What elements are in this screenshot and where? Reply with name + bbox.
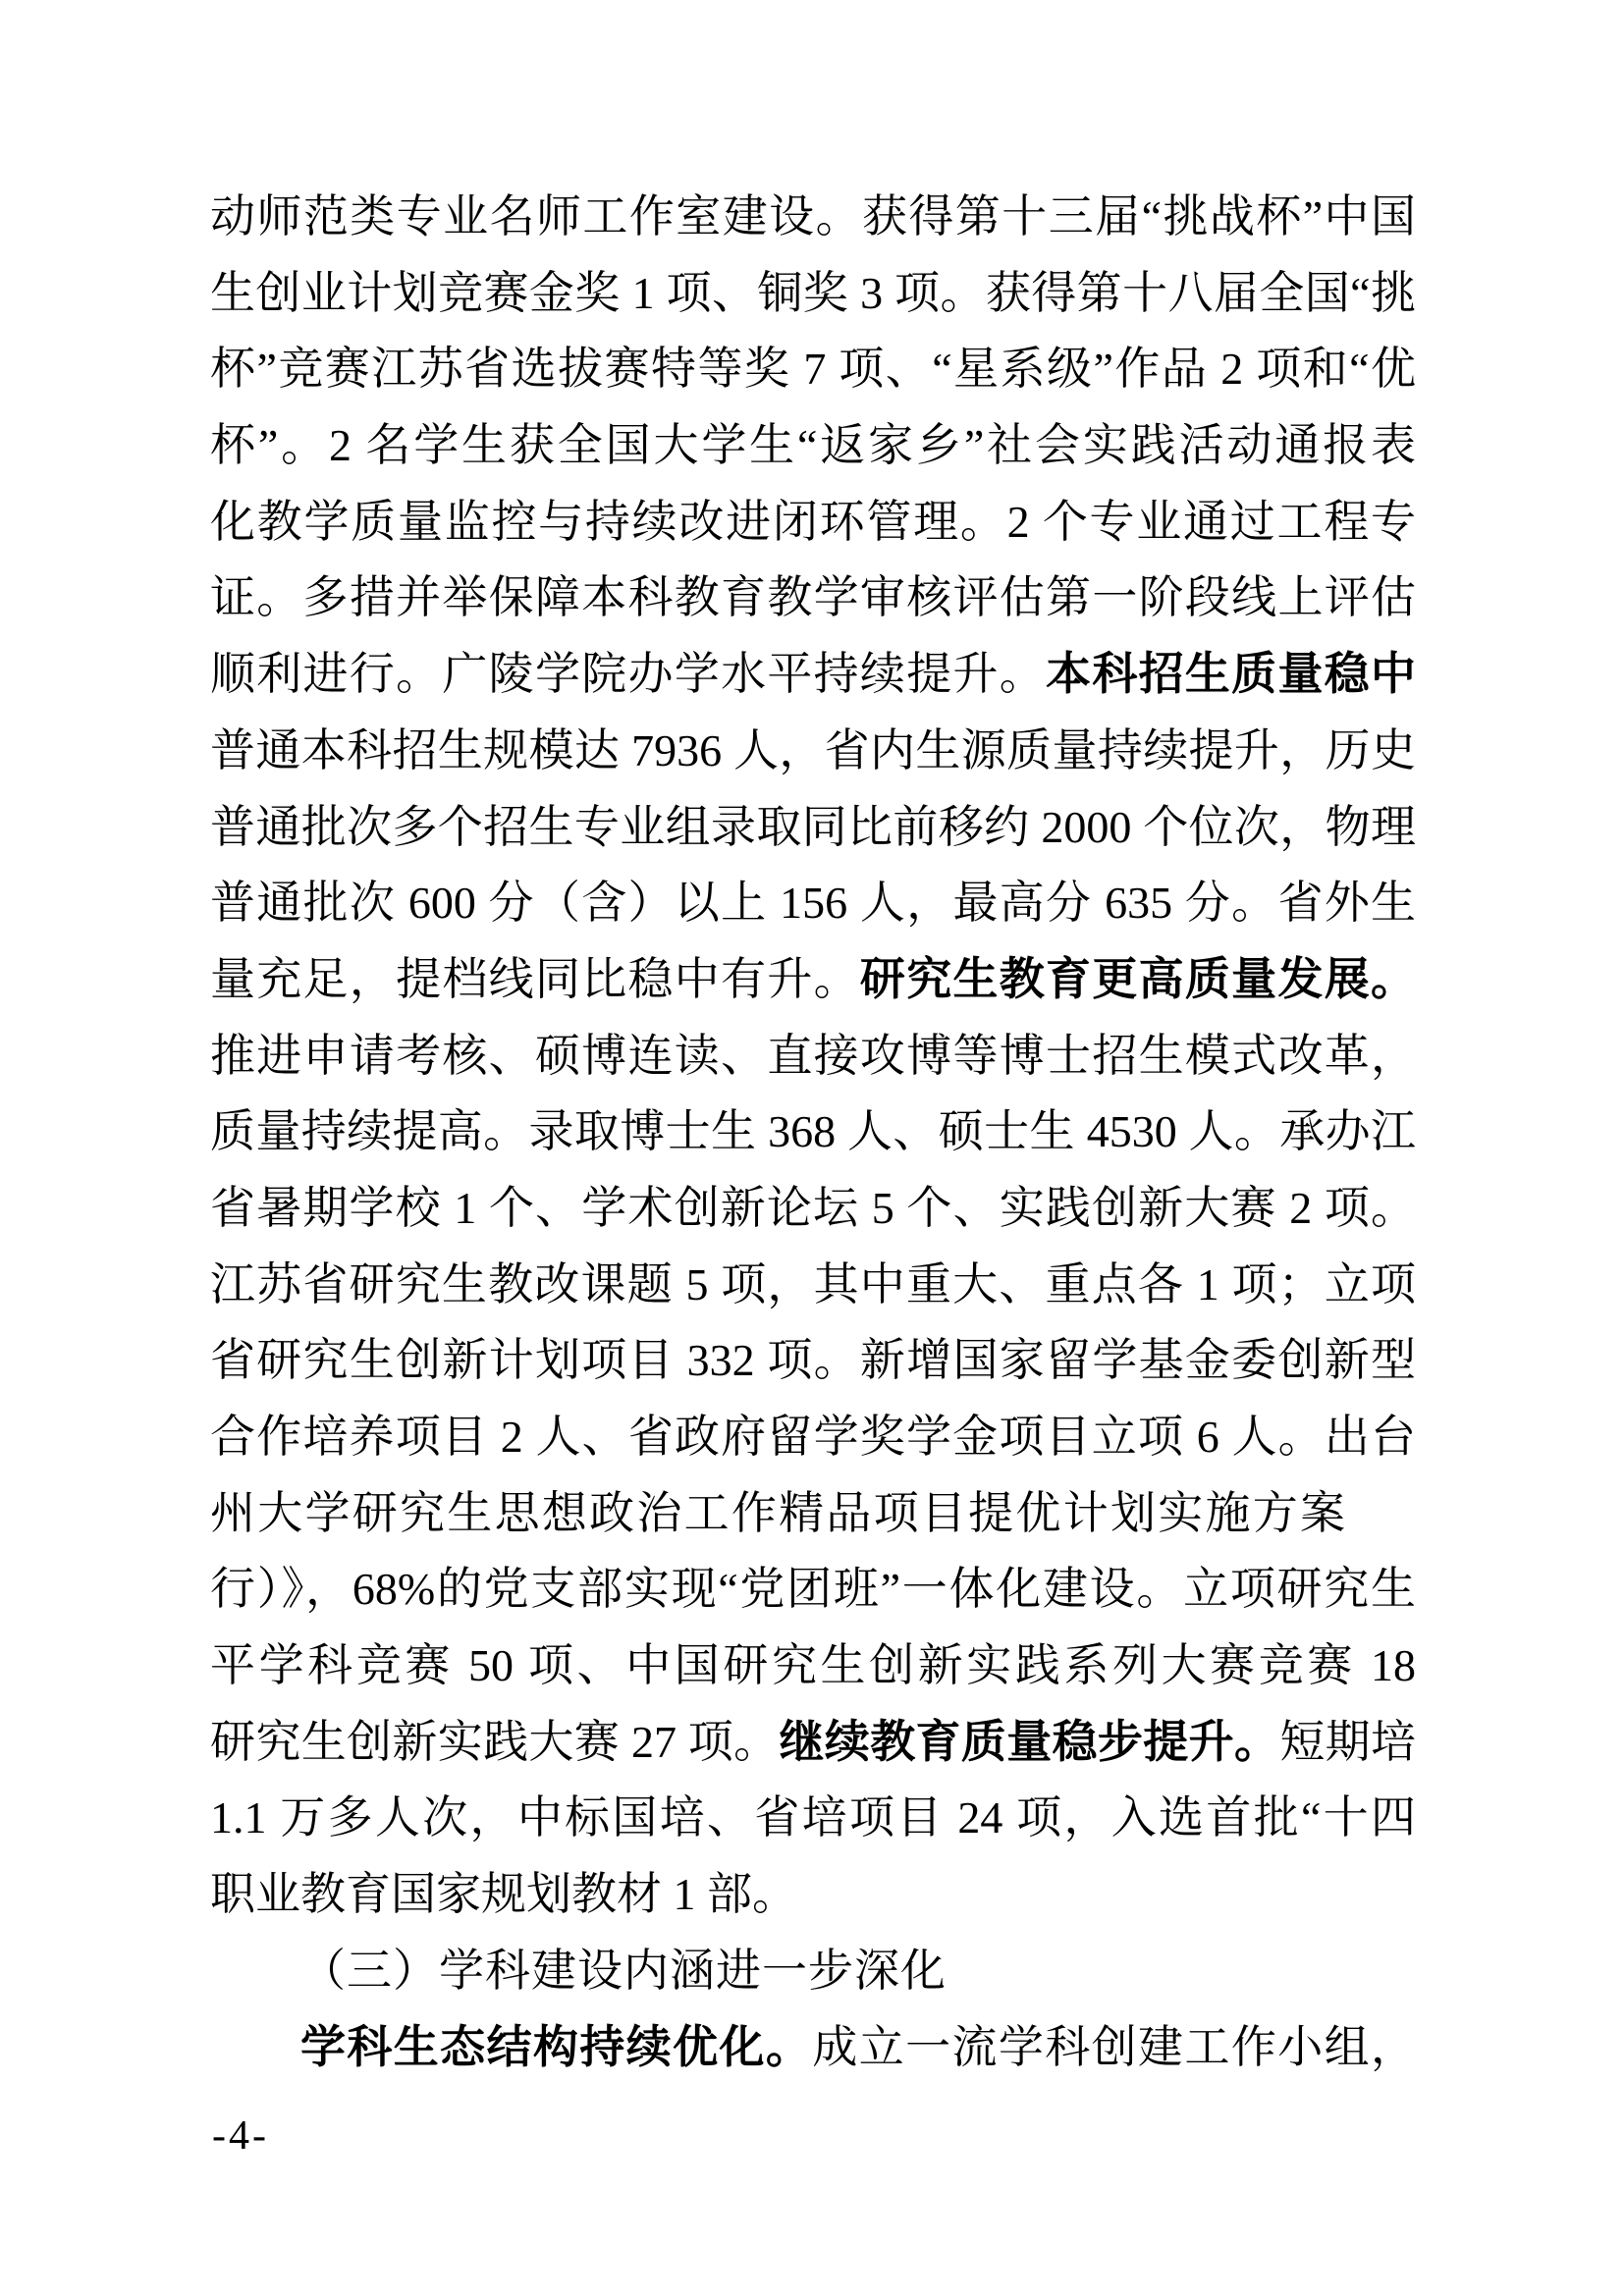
emphasized-text-run: 学科生态结构持续优化。 [300,2022,812,2072]
text-line: 杯”。2 名学生获全国大学生“返家乡”社会实践活动通报表扬。强 [210,407,1416,484]
text-line: 顺利进行。广陵学院办学水平持续提升。本科招生质量稳中有升。 [210,636,1416,713]
text-line: 研究生创新实践大赛 27 项。继续教育质量稳步提升。短期培训 [210,1704,1416,1781]
text-run: 杯”。2 名学生获全国大学生“返家乡”社会实践活动通报表扬。强 [210,420,1416,484]
text-line: 杯”竞赛江苏省选拔赛特等奖 7 项、“星系级”作品 2 项和“优胜 [210,331,1416,407]
text-line: 州大学研究生思想政治工作精品项目提优计划实施方案（试 [210,1475,1416,1552]
text-line: 合作培养项目 2 人、省政府留学奖学金项目立项 6 人。出台《扬 [210,1399,1416,1475]
text-line: 普通批次多个招生专业组录取同比前移约 2000 个位次，物理类 [210,789,1416,866]
text-line: 职业教育国家规划教材 1 部。 [210,1856,1416,1933]
text-run: 江苏省研究生教改课题 5 项，其中重大、重点各 1 项；立项江苏 [210,1259,1416,1323]
text-line: 省研究生创新计划项目 332 项。新增国家留学基金委创新型人才 [210,1322,1416,1399]
text-line: 行）》，68%的党支部实现“党团班”一体化建设。立项研究生高水 [210,1551,1416,1628]
text-run: 普通批次 600 分（含）以上 156 人，最高分 635 分。省外生源数 [210,878,1416,941]
document-page: 动师范类专业名师工作室建设。获得第十三届“挑战杯”中国大学生创业计划竞赛金奖 1… [0,0,1624,2296]
text-run: 质量持续提高。录取博士生 368 人、硕士生 4530 人。承办江苏 [210,1106,1416,1170]
text-run: 平学科竞赛 50 项、中国研究生创新实践系列大赛竞赛 18 项、省 [210,1640,1416,1704]
text-run: 普通批次多个招生专业组录取同比前移约 2000 个位次，物理类 [210,802,1416,866]
page-number: -4- [212,2112,269,2160]
section-heading-text: （三）学科建设内涵进一步深化 [300,1946,947,1996]
text-line: （三）学科建设内涵进一步深化 [210,1933,1416,2009]
text-line: 普通批次 600 分（含）以上 156 人，最高分 635 分。省外生源数 [210,865,1416,941]
text-line: 推进申请考核、硕博连读、直接攻博等博士招生模式改革，生源 [210,1018,1416,1095]
text-line: 质量持续提高。录取博士生 368 人、硕士生 4530 人。承办江苏 [210,1094,1416,1170]
text-line: 普通本科招生规模达 7936 人，省内生源质量持续提升，历史类 [210,713,1416,789]
text-run: 省暑期学校 1 个、学术创新论坛 5 个、实践创新大赛 2 项。立项 [210,1183,1416,1247]
text-line: 江苏省研究生教改课题 5 项，其中重大、重点各 1 项；立项江苏 [210,1247,1416,1323]
text-run: 州大学研究生思想政治工作精品项目提优计划实施方案（试 [210,1488,1345,1552]
text-run: 生创业计划竞赛金奖 1 项、铜奖 3 项。获得第十八届全国“挑战 [210,268,1416,332]
text-line: 学科生态结构持续优化。成立一流学科创建工作小组，启动 [210,2009,1416,2086]
emphasized-text-run: 继续教育质量稳步提升。 [780,1717,1280,1767]
text-run: 行）》，68%的党支部实现“党团班”一体化建设。立项研究生高水 [210,1564,1416,1628]
text-run: 杯”竞赛江苏省选拔赛特等奖 7 项、“星系级”作品 2 项和“优胜 [210,344,1416,407]
text-run: 量充足，提档线同比稳中有升。 [210,954,860,1004]
text-line: 1.1 万多人次，中标国培、省培项目 24 项，入选首批“十四五” [210,1780,1416,1856]
text-line: 量充足，提档线同比稳中有升。研究生教育更高质量发展。全面 [210,941,1416,1018]
text-run: 顺利进行。广陵学院办学水平持续提升。 [210,649,1046,699]
text-run: 合作培养项目 2 人、省政府留学奖学金项目立项 6 人。出台《扬 [210,1412,1416,1475]
text-run: 化教学质量监控与持续改进闭环管理。2 个专业通过工程专业认 [210,497,1416,561]
page-body: 动师范类专业名师工作室建设。获得第十三届“挑战杯”中国大学生创业计划竞赛金奖 1… [210,179,1416,2085]
text-run: 普通本科招生规模达 7936 人，省内生源质量持续提升，历史类 [210,725,1416,789]
text-line: 证。多措并举保障本科教育教学审核评估第一阶段线上评估工作 [210,560,1416,636]
text-run: 证。多措并举保障本科教育教学审核评估第一阶段线上评估工作 [210,572,1416,636]
text-run: 职业教育国家规划教材 1 部。 [210,1869,797,1919]
text-run: 研究生创新实践大赛 27 项。 [210,1717,780,1767]
text-run: 1.1 万多人次，中标国培、省培项目 24 项，入选首批“十四五” [210,1792,1416,1856]
text-line: 动师范类专业名师工作室建设。获得第十三届“挑战杯”中国大学 [210,179,1416,255]
emphasized-text-run: 研究生教育更高质量发展。 [860,954,1416,1004]
text-run: 动师范类专业名师工作室建设。获得第十三届“挑战杯”中国大学 [210,191,1416,255]
text-line: 平学科竞赛 50 项、中国研究生创新实践系列大赛竞赛 18 项、省 [210,1628,1416,1704]
text-line: 化教学质量监控与持续改进闭环管理。2 个专业通过工程专业认 [210,484,1416,561]
text-line: 省暑期学校 1 个、学术创新论坛 5 个、实践创新大赛 2 项。立项 [210,1170,1416,1247]
text-line: 生创业计划竞赛金奖 1 项、铜奖 3 项。获得第十八届全国“挑战 [210,255,1416,332]
text-run: 省研究生创新计划项目 332 项。新增国家留学基金委创新型人才 [210,1335,1416,1399]
text-run: 推进申请考核、硕博连读、直接攻博等博士招生模式改革，生源 [210,1031,1416,1095]
